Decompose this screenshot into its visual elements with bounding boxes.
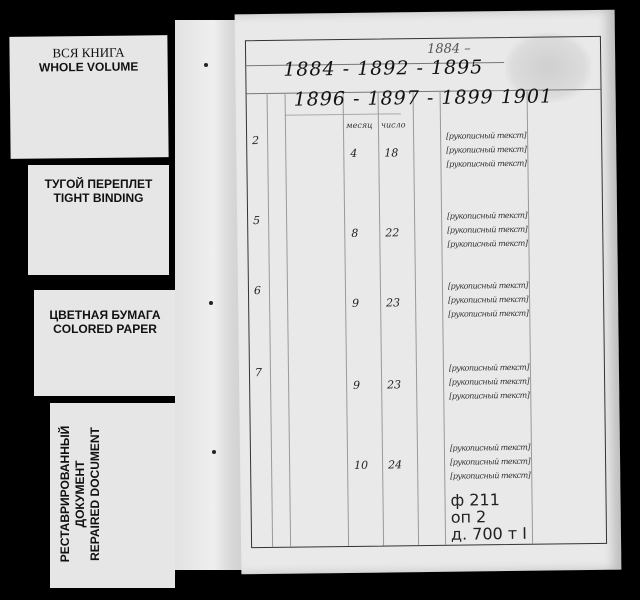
row-handwritten-text: [рукописный текст]	[446, 131, 526, 141]
binding-hole	[212, 450, 216, 454]
row-number: 5	[253, 214, 260, 227]
row-handwritten-text: [рукописный текст]	[450, 443, 530, 453]
archive-fond: ф 211	[450, 491, 526, 509]
colored-paper-ru: ЦВЕТНАЯ БУМАГА	[34, 308, 176, 322]
column-header-month: месяц	[346, 121, 373, 130]
row-handwritten-text: [рукописный текст]	[450, 471, 530, 481]
tight-binding-ru: ТУГОЙ ПЕРЕПЛЕТ	[28, 177, 169, 191]
row-day: 18	[384, 146, 398, 159]
row-number: 7	[255, 366, 262, 379]
row-month: 8	[351, 227, 358, 240]
rule	[285, 93, 292, 547]
binding-strip	[175, 20, 245, 570]
row-day: 22	[385, 226, 399, 239]
column-header-day: число	[381, 120, 406, 129]
colored-paper-en: COLORED PAPER	[34, 322, 176, 336]
rule	[343, 92, 350, 546]
ledger-rows: 2418[рукописный текст][рукописный текст]…	[235, 10, 615, 15]
row-handwritten-text: [рукописный текст]	[447, 211, 527, 221]
colored-paper-label-card: ЦВЕТНАЯ БУМАГА COLORED PAPER	[34, 290, 176, 396]
row-month: 9	[353, 379, 360, 392]
whole-volume-en: WHOLE VOLUME	[10, 59, 168, 75]
row-day: 23	[386, 296, 400, 309]
row-handwritten-text: [рукописный текст]	[449, 377, 529, 387]
row-handwritten-text: [рукописный текст]	[449, 363, 529, 373]
row-month: 4	[350, 147, 357, 160]
row-handwritten-text: [рукописный текст]	[448, 309, 528, 319]
row-handwritten-text: [рукописный текст]	[450, 457, 530, 467]
repaired-document-en: REPAIRED DOCUMENT	[88, 409, 103, 579]
repaired-document-ru-2: ДОКУМЕНТ	[73, 409, 88, 579]
archive-delo: д. 700 т I	[451, 525, 527, 543]
repaired-document-label-card: РЕСТАВРИРОВАННЫЙ ДОКУМЕНТ REPAIRED DOCUM…	[50, 403, 175, 588]
row-month: 9	[352, 297, 359, 310]
row-handwritten-text: [рукописный текст]	[446, 159, 526, 169]
row-month: 10	[354, 459, 368, 472]
row-handwritten-text: [рукописный текст]	[447, 225, 527, 235]
rule	[378, 92, 385, 546]
ledger-table	[245, 36, 607, 548]
ledger-page: 1884 – 1884 - 1892 - 1895 1896 - 1897 - …	[235, 10, 622, 575]
row-day: 23	[387, 378, 401, 391]
header-pencil-year: 1884 –	[427, 41, 471, 57]
row-handwritten-text: [рукописный текст]	[448, 295, 528, 305]
years-line-1: 1884 - 1892 - 1895	[283, 56, 483, 80]
row-handwritten-text: [рукописный текст]	[446, 145, 526, 155]
rule	[267, 93, 274, 547]
row-handwritten-text: [рукописный текст]	[447, 239, 527, 249]
binding-hole	[209, 301, 213, 305]
years-line-2: 1896 - 1897 - 1899 1901	[294, 85, 554, 110]
row-handwritten-text: [рукописный текст]	[448, 281, 528, 291]
binding-hole	[204, 63, 208, 67]
rule	[440, 91, 447, 545]
row-day: 24	[388, 458, 402, 471]
archive-stamp: ф 211 оп 2 д. 700 т I	[450, 491, 527, 543]
tight-binding-en: TIGHT BINDING	[28, 191, 169, 205]
rule	[413, 91, 420, 545]
whole-volume-label-card: ВСЯ КНИГА WHOLE VOLUME	[9, 35, 168, 159]
row-handwritten-text: [рукописный текст]	[449, 391, 529, 401]
repaired-document-ru-1: РЕСТАВРИРОВАННЫЙ	[58, 409, 73, 579]
row-number: 6	[254, 284, 261, 297]
tight-binding-label-card: ТУГОЙ ПЕРЕПЛЕТ TIGHT BINDING	[28, 165, 169, 275]
row-number: 2	[252, 134, 259, 147]
